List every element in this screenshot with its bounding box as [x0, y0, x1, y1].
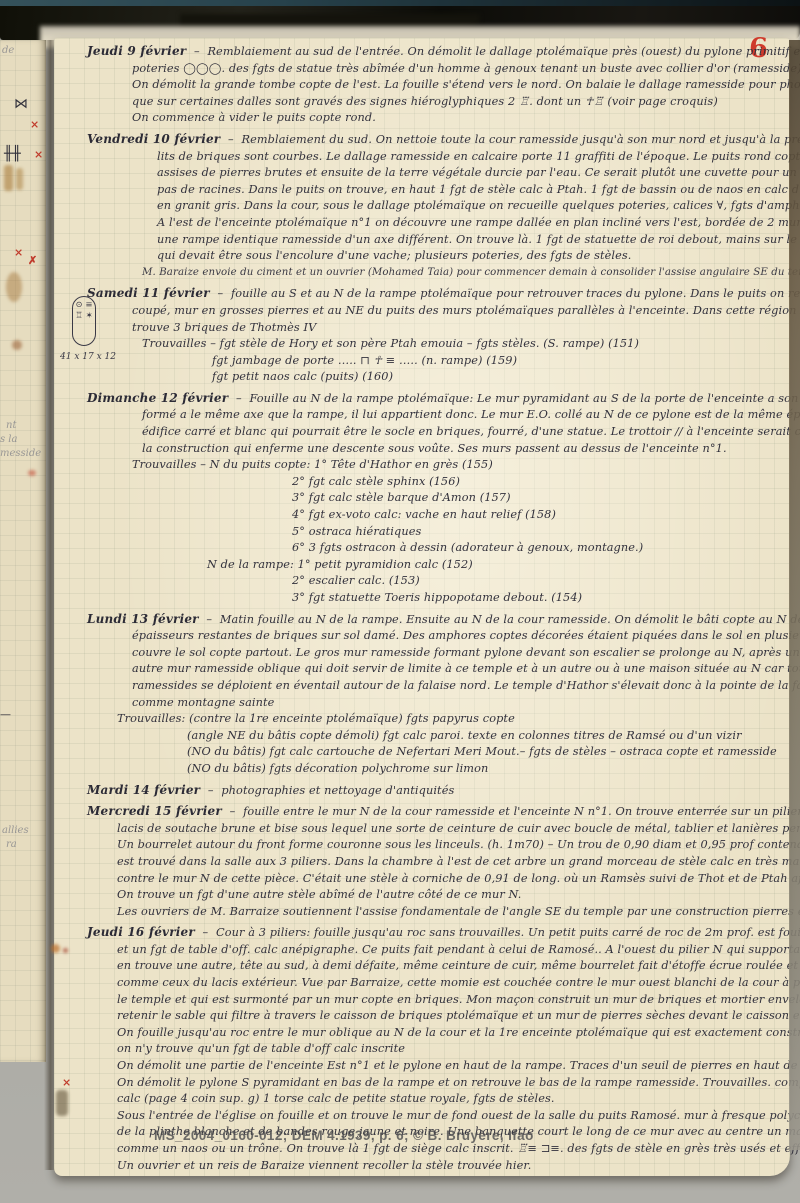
date-separator: – — [222, 805, 243, 818]
paper-stain — [56, 1090, 68, 1116]
diary-entry: Samedi 11 février – fouille au S et au N… — [87, 285, 782, 386]
diary-line: comme montagne sainte — [132, 695, 782, 712]
entry-text: Remblaiement au sud de l'entrée. On démo… — [207, 45, 800, 58]
diary-line: pas de racines. Dans le puits on trouve,… — [157, 182, 782, 199]
entry-text: Cour à 3 piliers: fouille jusqu'au roc s… — [216, 926, 800, 939]
diary-page: 6 ⊙ ≡ ♖ ✶ 41 x 17 x 12 × Jeudi 9 février… — [54, 38, 790, 1176]
diary-line: N de la rampe: 1° petit pyramidion calc … — [207, 557, 782, 574]
diary-line: (NO du bâtis) fgts décoration polychrome… — [187, 761, 782, 778]
diary-line: 4° fgt ex-voto calc: vache en haut relie… — [292, 507, 782, 524]
diary-line: Un bourrelet autour du front forme couro… — [117, 837, 782, 854]
diary-line: autre mur ramesside oblique qui doit ser… — [132, 661, 782, 678]
diary-line: Trouvailles – fgt stèle de Hory et son p… — [142, 336, 782, 353]
diary-line: retenir le sable qui filtre à travers le… — [117, 1008, 782, 1025]
diary-line: le temple et qui est surmonté par un mur… — [117, 992, 782, 1009]
date-separator: – — [199, 613, 220, 626]
diary-line: formé a le même axe que la rampe, il lui… — [142, 407, 782, 424]
entry-date: Lundi 13 février — [87, 612, 199, 626]
diary-line: et un fgt de table d'off. calc anépigrap… — [117, 942, 782, 959]
diary-line: Les ouvriers de M. Barraize soutiennent … — [117, 904, 782, 921]
diary-line: (NO du bâtis) fgt calc cartouche de Nefe… — [187, 744, 782, 761]
diary-entries: Jeudi 9 février – Remblaiement au sud de… — [87, 43, 782, 1174]
margin-red-cross: ✗ — [28, 254, 37, 267]
diary-line: couvre le sol copte partout. Le gros mur… — [132, 645, 782, 662]
paper-stain — [51, 944, 60, 953]
diary-entry: Dimanche 12 février – Fouille au N de la… — [87, 390, 782, 607]
margin-fragment: ra — [6, 839, 17, 850]
diary-line: 5° ostraca hiératiques — [292, 524, 782, 541]
diary-entry: Jeudi 9 février – Remblaiement au sud de… — [87, 43, 782, 127]
date-separator: – — [210, 287, 231, 300]
diary-line: poteries ◯◯◯. des fgts de statue très ab… — [132, 61, 782, 78]
entry-text: fouille au S et au N de la rampe ptoléma… — [231, 287, 800, 300]
ink-stain — [12, 340, 22, 350]
diary-line: Trouvailles – N du puits copte: 1° Tête … — [132, 457, 782, 474]
diary-line: édifice carré et blanc qui pourrait être… — [142, 424, 782, 441]
diary-line: Samedi 11 février – fouille au S et au N… — [87, 285, 782, 303]
entry-text: photographies et nettoyage d'antiquités — [221, 784, 454, 797]
archive-watermark: MS_2004_0160-012; DEM 4.1939, p. 6; © B.… — [154, 1128, 774, 1143]
diary-entry: Vendredi 10 février – Remblaiement du su… — [87, 131, 782, 281]
diary-line: Jeudi 16 février – Cour à 3 piliers: fou… — [87, 924, 782, 942]
ink-stain — [4, 165, 13, 191]
diary-line: Dimanche 12 février – Fouille au N de la… — [87, 390, 782, 408]
entry-date: Mardi 14 février — [87, 783, 200, 797]
entry-date: Samedi 11 février — [87, 286, 210, 300]
entry-date: Jeudi 9 février — [87, 44, 186, 58]
diary-line: Vendredi 10 février – Remblaiement du su… — [87, 131, 782, 149]
diary-line: coupé, mur en grosses pierres et au NE d… — [132, 303, 782, 320]
diary-line: On démolit la grande tombe copte de l'es… — [132, 77, 782, 94]
diary-line: Jeudi 9 février – Remblaiement au sud de… — [87, 43, 782, 61]
margin-red-cross: × — [14, 246, 23, 259]
entry-date: Jeudi 16 février — [87, 925, 195, 939]
diary-line: 6° 3 fgts ostracon à dessin (adorateur à… — [292, 540, 782, 557]
ink-stain — [16, 168, 23, 190]
diary-entry: Lundi 13 février – Matin fouille au N de… — [87, 611, 782, 778]
margin-tally-marks: ╫╫ — [4, 146, 21, 162]
diary-line: On démolit le pylone S pyramidant en bas… — [117, 1075, 782, 1092]
diary-line: ramessides se déploient en éventail auto… — [132, 678, 782, 695]
margin-red-cross-main: × — [62, 1076, 71, 1089]
entry-date: Dimanche 12 février — [87, 391, 228, 405]
diary-line: contre le mur N de cette pièce. C'était … — [117, 871, 782, 888]
diary-line: Un ouvrier et un reis de Baraize viennen… — [117, 1158, 782, 1175]
margin-glyph: ⋈ — [14, 96, 28, 112]
diary-line: fgt petit naos calc (puits) (160) — [212, 369, 782, 386]
ink-stain — [6, 272, 22, 302]
diary-line: assises de pierres brutes et ensuite de … — [157, 165, 782, 182]
entry-text: fouille entre le mur N de la cour ramess… — [243, 805, 800, 818]
diary-line: trouve 3 briques de Thotmès IV — [132, 320, 782, 337]
diary-line: que sur certaines dalles sont gravés des… — [132, 94, 782, 111]
diary-line: comme ceux du lacis extérieur. Vue par B… — [117, 975, 782, 992]
entry-text: Fouille au N de la rampe ptolémaïque: Le… — [249, 392, 800, 405]
diary-entry: Mardi 14 février – photographies et nett… — [87, 782, 782, 800]
diary-entry: Mercredi 15 février – fouille entre le m… — [87, 803, 782, 920]
diary-line: Sous l'entrée de l'église on fouille et … — [117, 1108, 782, 1125]
ink-stain — [28, 470, 36, 476]
diary-line: On fouille jusqu'au roc entre le mur obl… — [117, 1025, 782, 1042]
diary-line: en granit gris. Dans la cour, sous le da… — [157, 198, 782, 215]
margin-red-cross: × — [34, 148, 43, 161]
diary-line: Lundi 13 février – Matin fouille au N de… — [87, 611, 782, 629]
margin-fragment: nt — [6, 420, 16, 431]
date-separator: – — [220, 133, 241, 146]
diary-line: épaisseurs restantes de briques sur sol … — [132, 628, 782, 645]
diary-line: comme un naos ou un trône. On trouve là … — [117, 1141, 782, 1158]
diary-line: en trouve une autre, tête au sud, à demi… — [117, 958, 782, 975]
diary-line: fgt jambage de porte ….. ⊓ ☥ ≡ ….. (n. r… — [212, 353, 782, 370]
diary-line: une rampe identique ramesside d'un axe d… — [157, 232, 782, 249]
margin-fragment: de — [2, 45, 14, 56]
diary-line: 3° fgt calc stèle barque d'Amon (157) — [292, 490, 782, 507]
entry-date: Vendredi 10 février — [87, 132, 220, 146]
diary-line: On trouve un fgt d'une autre stèle abîmé… — [117, 887, 782, 904]
margin-fragment: allies — [2, 825, 29, 836]
diary-line: lits de briques sont courbes. Le dallage… — [157, 149, 782, 166]
date-separator: – — [228, 392, 249, 405]
diary-line: A l'est de l'enceinte ptolémaïque n°1 on… — [157, 215, 782, 232]
diary-line: (angle NE du bâtis copte démoli) fgt cal… — [187, 728, 782, 745]
margin-dash: — — [0, 708, 11, 721]
diary-line: 2° fgt calc stèle sphinx (156) — [292, 474, 782, 491]
date-separator: – — [200, 784, 221, 797]
diary-line: est trouvé dans la salle aux 3 piliers. … — [117, 854, 782, 871]
diary-line: On commence à vider le puits copte rond. — [132, 110, 782, 127]
diary-line: Trouvailles: (contre la 1re enceinte pto… — [117, 711, 782, 728]
previous-page-edge: de ⋈ × ╫╫ × × ✗ nt s la messide — allies… — [0, 40, 46, 1062]
margin-fragment: messide — [0, 448, 41, 459]
diary-line: On démolit une partie de l'enceinte Est … — [117, 1058, 782, 1075]
margin-red-cross: × — [30, 118, 39, 131]
diary-line: on n'y trouve qu'un fgt de table d'off c… — [117, 1041, 782, 1058]
diary-line: Mardi 14 février – photographies et nett… — [87, 782, 782, 800]
entry-text: Matin fouille au N de la rampe. Ensuite … — [220, 613, 800, 626]
margin-fragment: s la — [0, 434, 17, 445]
diary-line: 2° escalier calc. (153) — [292, 573, 782, 590]
entry-date: Mercredi 15 février — [87, 804, 222, 818]
diary-line: lacis de soutache brune et bise sous leq… — [117, 821, 782, 838]
date-separator: – — [186, 45, 207, 58]
entry-text: Remblaiement du sud. On nettoie toute la… — [241, 133, 800, 146]
paper-stain — [63, 948, 68, 953]
diary-line: qui devait être sous l'encolure d'une va… — [157, 248, 782, 265]
page-right-edge-shadow — [789, 40, 800, 1150]
diary-line: 3° fgt statuette Toeris hippopotame debo… — [292, 590, 782, 607]
diary-line: calc (page 4 coin sup. g) 1 torse calc d… — [117, 1091, 782, 1108]
diary-line: Mercredi 15 février – fouille entre le m… — [87, 803, 782, 821]
date-separator: – — [195, 926, 216, 939]
diary-line: la construction qui enferme une descente… — [142, 441, 782, 458]
notebook-photo: de ⋈ × ╫╫ × × ✗ nt s la messide — allies… — [0, 0, 800, 1203]
diary-line: M. Baraize envoie du ciment et un ouvrie… — [142, 265, 782, 282]
